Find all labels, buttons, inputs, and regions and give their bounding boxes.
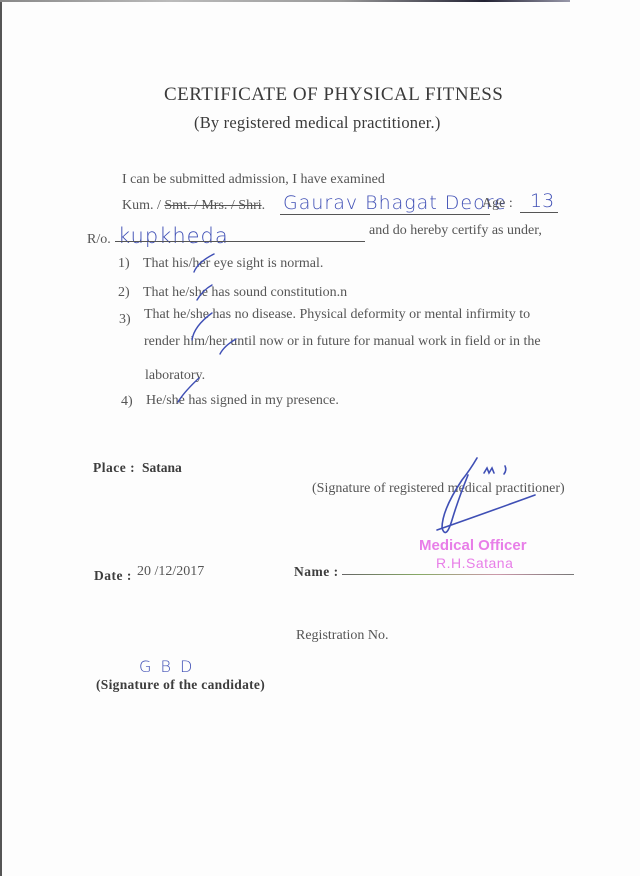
name-signature-line [342, 574, 574, 575]
candidate-initials: G B D [139, 657, 194, 676]
stamp-line-1: Medical Officer [419, 537, 527, 554]
date-value: 20 /12/2017 [137, 564, 204, 580]
date-label: Date : [94, 568, 132, 584]
name-label: Name : [294, 564, 339, 580]
practitioner-signature [0, 0, 640, 876]
registration-label: Registration No. [296, 628, 389, 644]
candidate-signature-label: (Signature of the candidate) [96, 677, 265, 693]
stamp-line-2: R.H.Satana [436, 555, 513, 571]
